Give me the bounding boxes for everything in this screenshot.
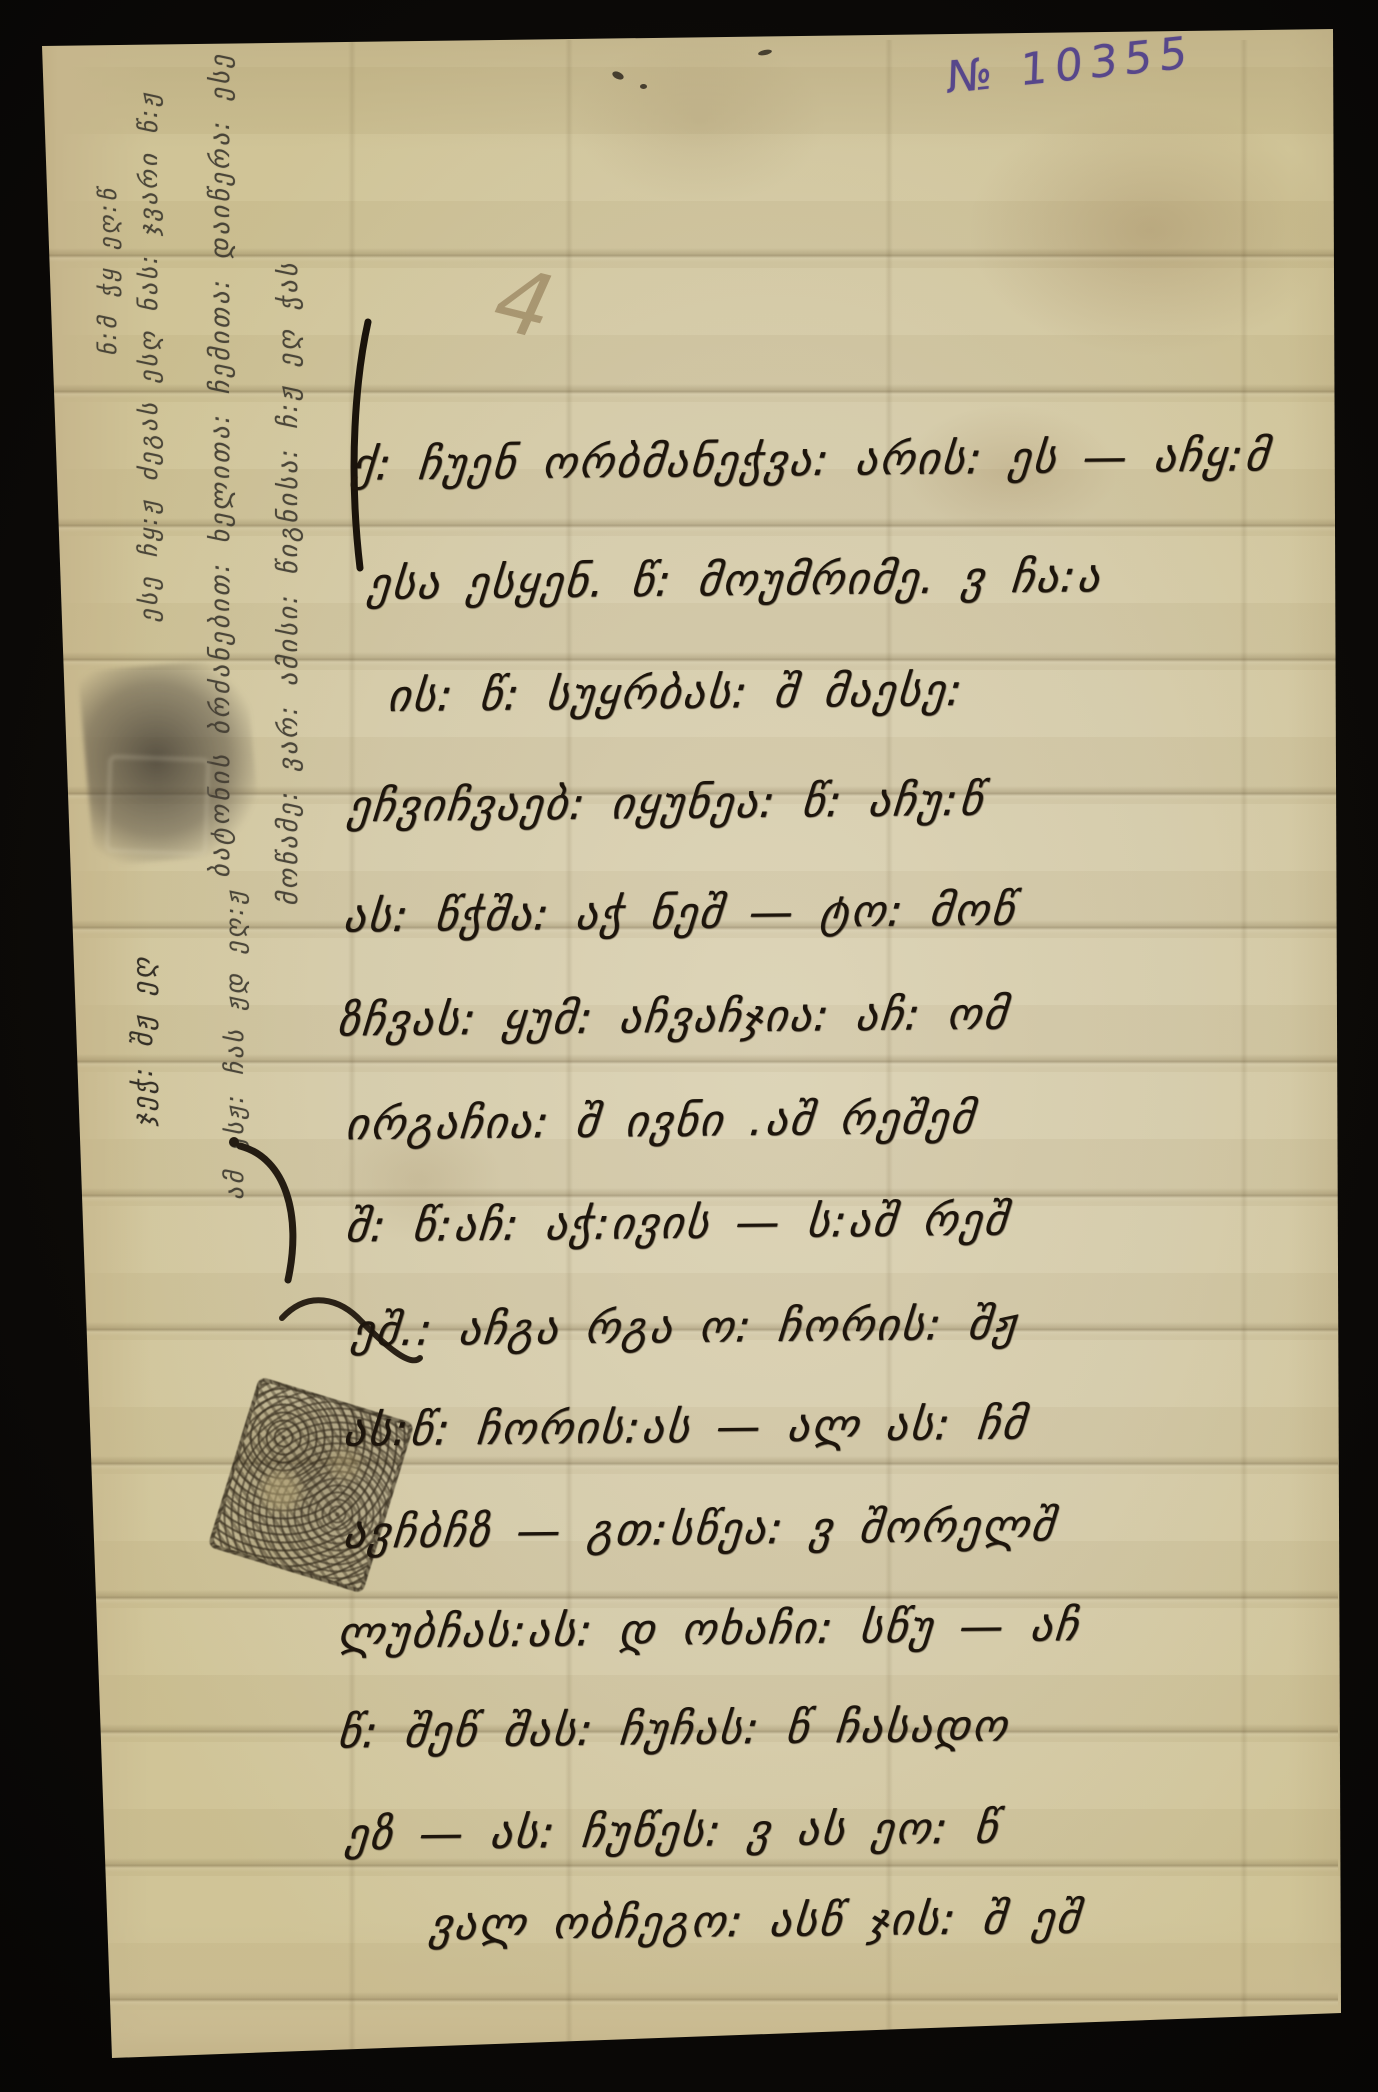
pen-flourish xyxy=(212,1128,442,1398)
folio-mark: 4 xyxy=(476,249,573,358)
photo-background: № 10355 4 ნ:მ ჭყ ეღ:წ ესე ჩყ:ჟ ძეგას ესღ… xyxy=(0,0,1378,2092)
text-line: ირგაჩია: შ ივნი .აშ რეშემ xyxy=(343,1093,978,1151)
ink-speck xyxy=(758,49,773,57)
text-line: წ: შეწ შას: ჩუჩას: წ ჩასადო xyxy=(335,1700,1011,1758)
text-line: ქ: ჩუენ ორბმანეჭვა: არის: ეს — აჩყ:მ xyxy=(349,430,1272,491)
ink-seal-smudge xyxy=(78,657,262,867)
fold-crease xyxy=(42,1590,1338,1604)
text-line: ესა ესყენ. წ: მოუმრიმე. ვ ჩა:ა xyxy=(365,551,1104,610)
text-line: ვალ ობჩეგო: ასწ ჯის: შ ეშ xyxy=(427,1893,1083,1951)
text-line: ას:წ: ჩორის:ას — ალ ას: ჩმ xyxy=(341,1398,1029,1456)
text-line: ლუბჩას:ას: დ ოხაჩი: სწუ — აჩ xyxy=(335,1600,1082,1659)
manuscript-page: № 10355 4 ნ:მ ჭყ ეღ:წ ესე ჩყ:ჟ ძეგას ესღ… xyxy=(0,0,1378,2092)
ink-speck xyxy=(640,84,647,89)
fold-crease-vertical xyxy=(1240,40,1248,2052)
text-line: ეჩვიჩვაებ: იყუნეა: წ: აჩუ:წ xyxy=(345,775,987,833)
margin-note: ნ:მ ჭყ ეღ:წ xyxy=(94,176,122,356)
text-line: ის: წ: სუყრბას: შ მაესე: xyxy=(385,665,966,722)
fold-crease xyxy=(42,518,1338,532)
fold-crease xyxy=(42,1992,1338,2006)
text-line: ეშ.: აჩგა რგა ო: ჩორის: შჟ xyxy=(349,1299,1020,1357)
margin-note: ჯეჭ: შჟ ეღ xyxy=(128,886,159,1126)
text-line: ზჩვას: ყუმ: აჩვაჩჯია: აჩ: ომ xyxy=(335,988,1011,1046)
fold-crease xyxy=(42,384,1338,398)
margin-note: ესე ჩყ:ჟ ძეგას ესღ ნას: ჯვარი წ:ჟ xyxy=(134,182,163,622)
margin-note: მოწამე: ვარ: ამისი: წიგნისა: ჩ:ჟ ეღ ჭას xyxy=(274,276,304,906)
fold-crease xyxy=(42,1858,1338,1872)
text-line: ეზ — ას: ჩუწეს: ვ ას ეო: წ xyxy=(343,1803,1001,1861)
fold-crease xyxy=(42,248,1338,262)
ink-speck xyxy=(611,70,625,81)
archive-number: № 10355 xyxy=(946,27,1195,104)
text-line: შ: წ:აჩ: აჭ:ივის — ს:აშ რეშ xyxy=(343,1195,1011,1253)
text-line: ას: წჭშა: აჭ ნეშ — ტო: მოწ xyxy=(341,884,1018,942)
text-line: ავჩბჩზ — გთ:სწეა: ვ შორელშ xyxy=(341,1500,1058,1558)
